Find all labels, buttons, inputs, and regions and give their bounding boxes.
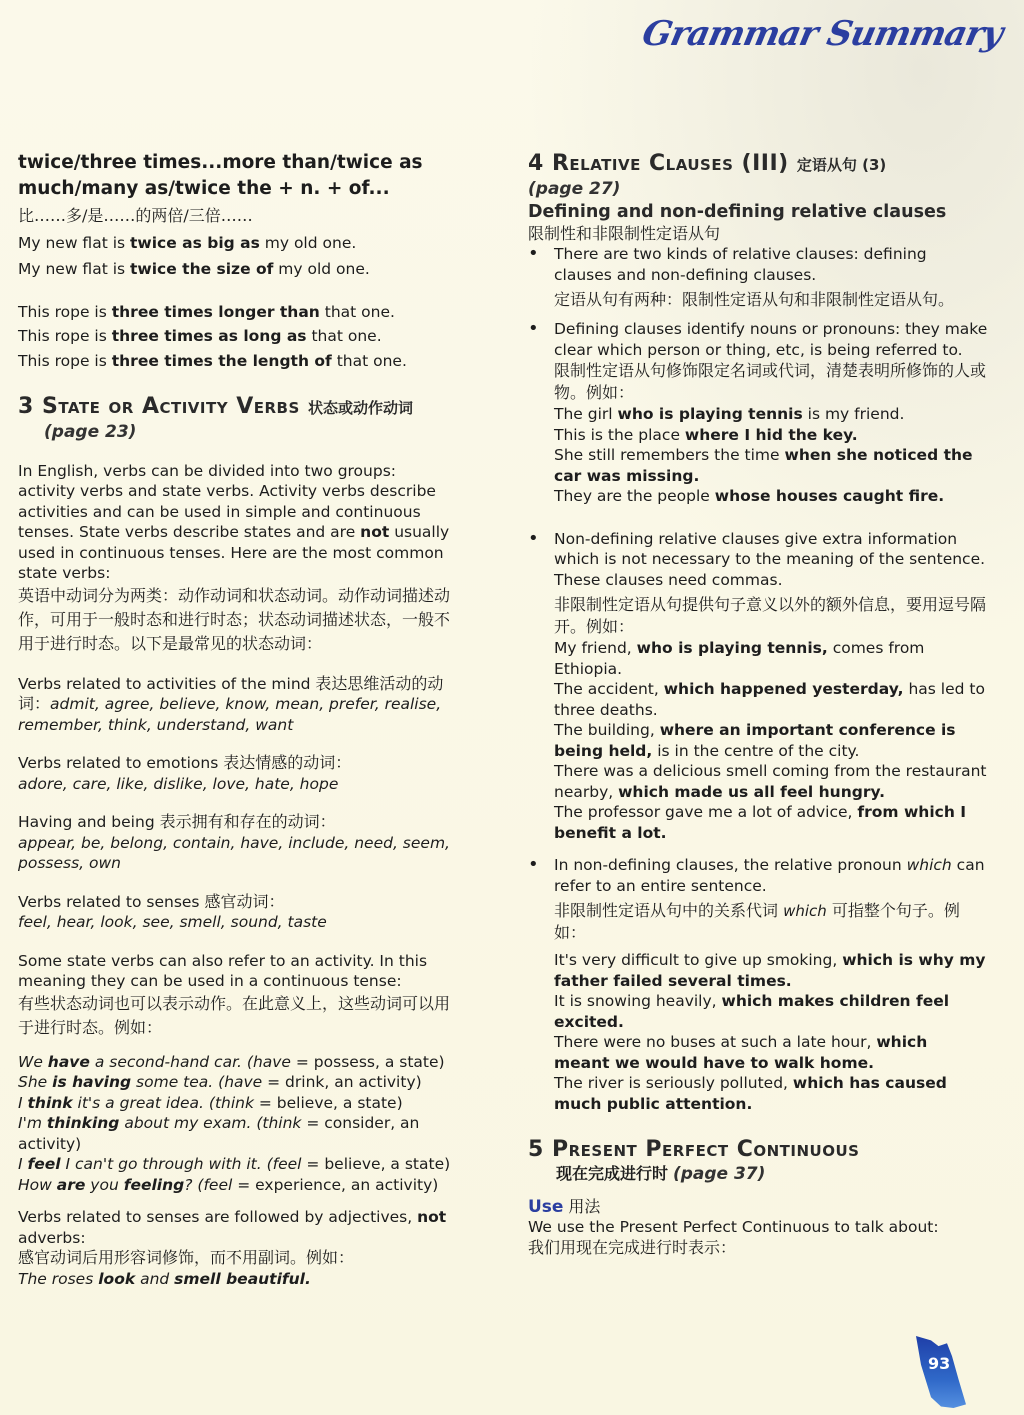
state-activity-examples: We have a second-hand car. (have = posse… [18, 1052, 458, 1196]
verb-group-emotions: Verbs related to emotions 表达情感的动词：adore,… [18, 753, 458, 794]
example-line: This is the place where I hid the key. [554, 425, 988, 446]
section-4-title: 4 Relative Clauses (III) 定语从句 (3) [528, 150, 988, 179]
bullet-which-sentence: In non-defining clauses, the relative pr… [528, 855, 988, 1114]
example-line: She is having some tea. (have = drink, a… [18, 1072, 458, 1093]
section-4-subheading: Defining and non-defining relative claus… [528, 200, 988, 224]
section-3-intro: In English, verbs can be divided into tw… [18, 461, 458, 584]
left-column: twice/three times...more than/twice as m… [18, 150, 458, 1289]
example-line: We have a second-hand car. (have = posse… [18, 1052, 458, 1073]
senses-example: The roses look and smell beautiful. [18, 1269, 458, 1290]
example-line: How are you feeling? (feel = experience,… [18, 1175, 458, 1196]
example-line: The building, where an important confere… [554, 720, 988, 761]
example-line: This rope is three times the length of t… [18, 351, 458, 372]
example-line: It's very difficult to give up smoking, … [554, 950, 988, 991]
example-line: They are the people whose houses caught … [554, 486, 988, 507]
example-line: The river is seriously polluted, which h… [554, 1073, 988, 1114]
example-line: There was a delicious smell coming from … [554, 761, 988, 802]
section-5-title: 5 Present Perfect Continuous [528, 1136, 988, 1164]
example-line: It is snowing heavily, which makes child… [554, 991, 988, 1032]
section-3-intro-zh: 英语中动词分为两类：动作动词和状态动词。动作动词描述动作，可用于一般时态和进行时… [18, 584, 458, 656]
section-5-subtitle: 现在完成进行时 (page 37) [528, 1164, 988, 1185]
verb-group-senses: Verbs related to senses 感官动词：feel, hear,… [18, 892, 458, 933]
relative-clause-bullets: There are two kinds of relative clauses:… [528, 244, 988, 1114]
use-text: We use the Present Perfect Continuous to… [528, 1217, 988, 1238]
section-3-title: 3 State or Activity Verbs 状态或动作动词 [18, 393, 458, 422]
use-heading: Use 用法 [528, 1197, 988, 1218]
examples-b: This rope is three times longer than tha… [18, 302, 458, 372]
activity-note: Some state verbs can also refer to an ac… [18, 951, 458, 992]
example-line: I feel I can't go through with it. (feel… [18, 1154, 458, 1175]
verb-group-mind: Verbs related to activities of the mind … [18, 674, 458, 736]
example-line: The professor gave me a lot of advice, f… [554, 802, 988, 843]
page-number: 93 [928, 1354, 950, 1373]
example-line: There were no buses at such a late hour,… [554, 1032, 988, 1073]
bullet-non-defining: Non-defining relative clauses give extra… [528, 529, 988, 844]
use-text-zh: 我们用现在完成进行时表示： [528, 1238, 988, 1259]
example-line: I think it's a great idea. (think = beli… [18, 1093, 458, 1114]
example-line: This rope is three times as long as that… [18, 326, 458, 347]
example-line: The girl who is playing tennis is my fri… [554, 404, 988, 425]
example-line: My friend, who is playing tennis, comes … [554, 638, 988, 679]
example-line: My new flat is twice the size of my old … [18, 259, 458, 280]
section-4-page-ref: (page 27) [528, 179, 988, 200]
examples-a: My new flat is twice as big as my old on… [18, 233, 458, 280]
bullet-kinds: There are two kinds of relative clauses:… [528, 244, 988, 311]
comparison-heading-zh: 比……多/是……的两倍/三倍…… [18, 206, 458, 227]
example-line: I'm thinking about my exam. (think = con… [18, 1113, 458, 1154]
example-line: The accident, which happened yesterday, … [554, 679, 988, 720]
activity-note-zh: 有些状态动词也可以表示动作。在此意义上，这些动词可以用于进行时态。例如： [18, 992, 458, 1040]
example-line: My new flat is twice as big as my old on… [18, 233, 458, 254]
example-line: This rope is three times longer than tha… [18, 302, 458, 323]
right-column: 4 Relative Clauses (III) 定语从句 (3) (page … [528, 150, 988, 1258]
example-line: She still remembers the time when she no… [554, 445, 988, 486]
verb-group-having-being: Having and being 表示拥有和存在的动词：appear, be, … [18, 812, 458, 874]
section-4-subheading-zh: 限制性和非限制性定语从句 [528, 224, 988, 245]
bullet-defining: Defining clauses identify nouns or prono… [528, 319, 988, 507]
senses-note: Verbs related to senses are followed by … [18, 1207, 458, 1248]
comparison-heading: twice/three times...more than/twice as m… [18, 150, 458, 202]
senses-note-zh: 感官动词后用形容词修饰，而不用副词。例如： [18, 1248, 458, 1269]
section-3-page-ref: (page 23) [18, 422, 458, 443]
header-title: Grammar Summary [639, 14, 1006, 54]
